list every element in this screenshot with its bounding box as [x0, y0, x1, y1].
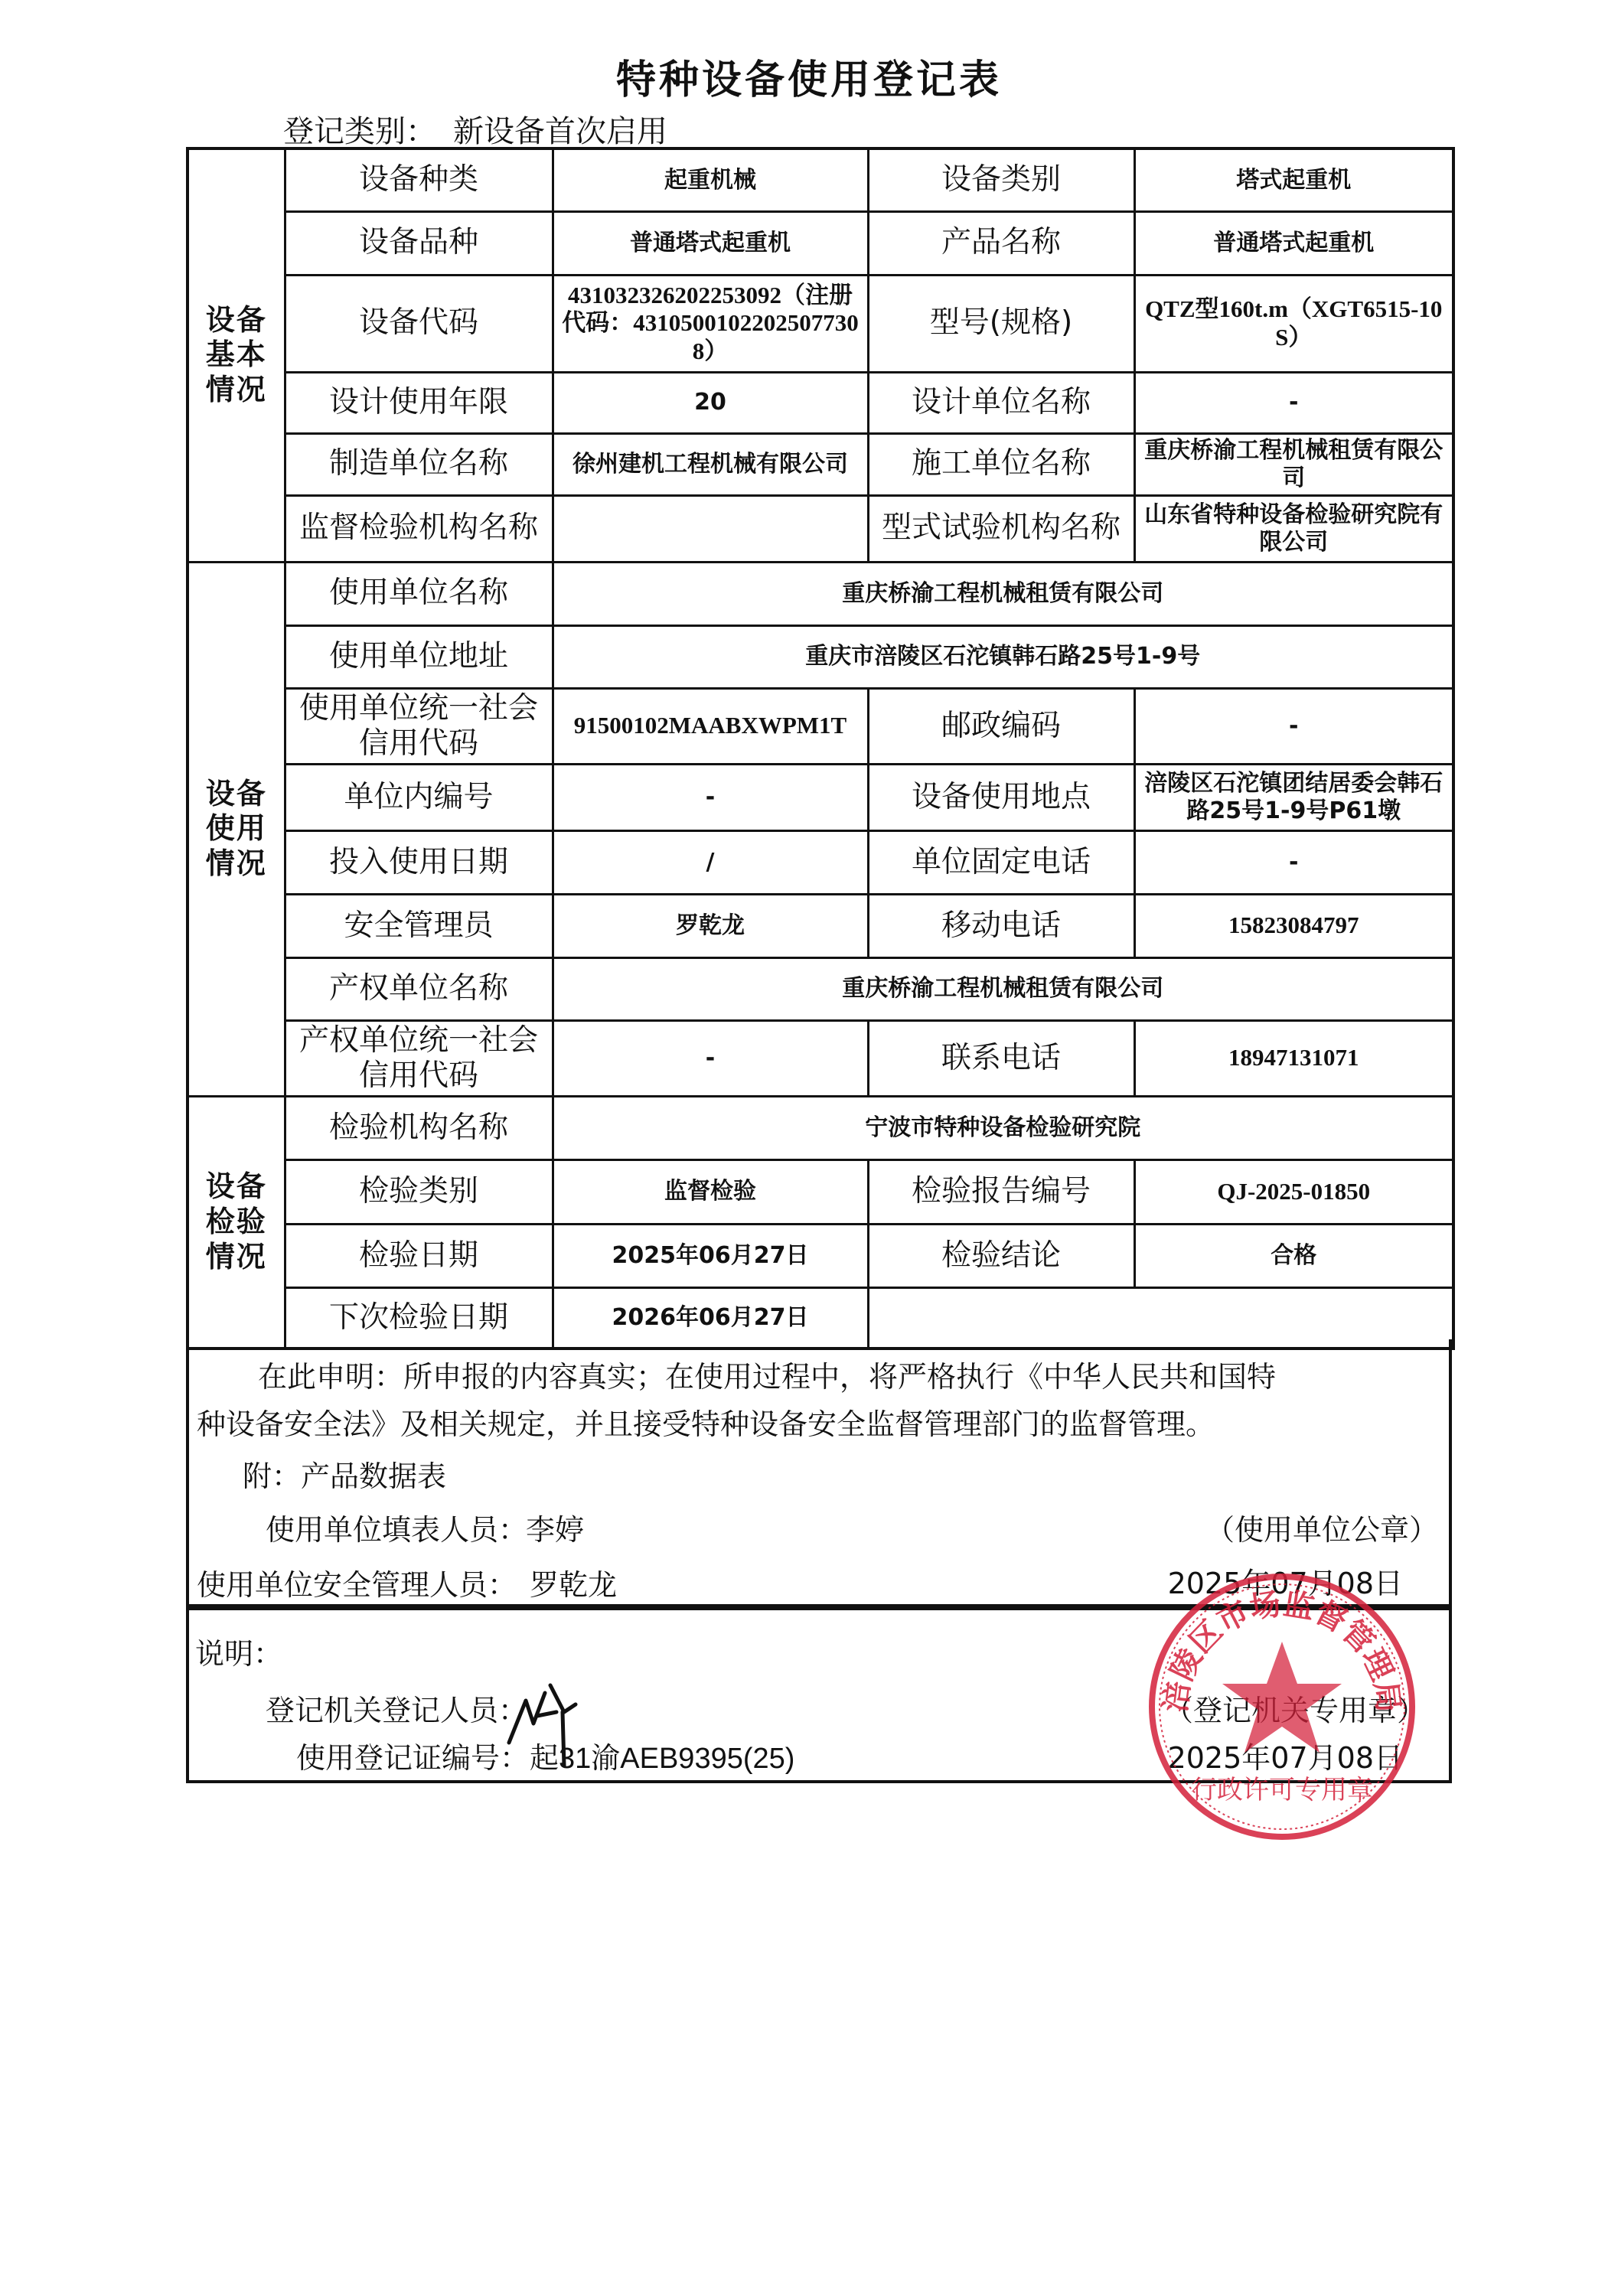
- field-label: 设备品种: [285, 211, 553, 275]
- manager-name: 罗乾龙: [530, 1561, 617, 1603]
- field-value: -: [1134, 830, 1453, 894]
- field-value: [553, 495, 868, 562]
- field-value: 监督检验: [553, 1159, 868, 1224]
- field-value: 重庆桥渝工程机械租赁有限公司: [553, 957, 1453, 1020]
- table-row: 单位内编号 - 设备使用地点 涪陵区石沱镇团结居委会韩石路25号1-9号P61墩: [188, 764, 1453, 830]
- field-label: 检验机构名称: [285, 1096, 553, 1159]
- field-value: -: [1134, 372, 1453, 433]
- field-value: /: [553, 830, 868, 894]
- field-label: 设备使用地点: [868, 764, 1134, 830]
- table-row: 设备检验情况 检验机构名称 宁波市特种设备检验研究院: [188, 1096, 1453, 1159]
- field-label: 使用单位地址: [285, 625, 553, 688]
- cert-number-value: 起31渝AEB9395(25): [530, 1734, 794, 1776]
- group-inspection: 设备检验情况: [188, 1096, 285, 1349]
- field-label: 移动电话: [868, 894, 1134, 957]
- field-label: 型号(规格): [868, 275, 1134, 372]
- attachment-note: 附：产品数据表: [243, 1453, 446, 1495]
- table-row: 产权单位统一社会信用代码 - 联系电话 18947131071: [188, 1020, 1453, 1096]
- notes-title: 说明：: [195, 1630, 282, 1672]
- notes-box: 说明： 登记机关登记人员： 使用登记证编号： 起31渝AEB9395(25) （…: [186, 1607, 1452, 1783]
- field-value: 宁波市特种设备检验研究院: [553, 1096, 1453, 1159]
- field-value: 山东省特种设备检验研究院有限公司: [1134, 495, 1453, 562]
- registration-date: 2025年07月08日: [1168, 1734, 1403, 1776]
- field-label: 使用单位名称: [285, 562, 553, 625]
- table-row: 设备使用情况 使用单位名称 重庆桥渝工程机械租赁有限公司: [188, 562, 1453, 625]
- table-row: 投入使用日期 / 单位固定电话 -: [188, 830, 1453, 894]
- field-label: 产权单位名称: [285, 957, 553, 1020]
- field-value: 18947131071: [1134, 1020, 1453, 1096]
- registration-category-label: 登记类别：: [283, 114, 436, 149]
- declaration-box: 在此申明：所申报的内容真实；在使用过程中，将严格执行《中华人民共和国特 种设备安…: [186, 1339, 1452, 1607]
- field-label: 产权单位统一社会信用代码: [285, 1020, 553, 1096]
- filler-name: 李婷: [526, 1506, 584, 1548]
- cert-number-label: 使用登记证编号：: [296, 1734, 529, 1776]
- field-value: -: [553, 1020, 868, 1096]
- registrar-label: 登记机关登记人员：: [266, 1687, 527, 1729]
- registration-seal-label: （登记机关专用章）: [1164, 1687, 1426, 1729]
- field-label: 制造单位名称: [285, 433, 553, 495]
- declaration-date: 2025年07月08日: [1168, 1560, 1403, 1602]
- field-value: -: [1134, 688, 1453, 764]
- field-label: 单位内编号: [285, 764, 553, 830]
- field-label: 使用单位统一社会信用代码: [285, 688, 553, 764]
- equipment-code-value: 431032326202253092（注册代码：4310500102202507…: [553, 275, 868, 372]
- field-label: 设备种类: [285, 148, 553, 211]
- group-basic: 设备基本情况: [188, 148, 285, 562]
- filler-label: 使用单位填表人员：: [266, 1506, 527, 1548]
- declaration-line1: 在此申明：所申报的内容真实；在使用过程中，将严格执行《中华人民共和国特: [258, 1353, 1276, 1395]
- field-label: 邮政编码: [868, 688, 1134, 764]
- field-value: 普通塔式起重机: [1134, 211, 1453, 275]
- group-usage: 设备使用情况: [188, 562, 285, 1096]
- field-label: 设备代码: [285, 275, 553, 372]
- field-label: 监督检验机构名称: [285, 495, 553, 562]
- field-value: 合格: [1134, 1224, 1453, 1287]
- field-label: 型式试验机构名称: [868, 495, 1134, 562]
- field-value: 涪陵区石沱镇团结居委会韩石路25号1-9号P61墩: [1134, 764, 1453, 830]
- table-row: 制造单位名称 徐州建机工程机械有限公司 施工单位名称 重庆桥渝工程机械租赁有限公…: [188, 433, 1453, 495]
- field-value: 重庆桥渝工程机械租赁有限公司: [1134, 433, 1453, 495]
- model-value: QTZ型160t.m（XGT6515-10S）: [1134, 275, 1453, 372]
- registration-category: 登记类别：新设备首次启用: [283, 107, 684, 151]
- field-label: 设备类别: [868, 148, 1134, 211]
- field-value: 徐州建机工程机械有限公司: [553, 433, 868, 495]
- field-value: 普通塔式起重机: [553, 211, 868, 275]
- registration-category-value: 新设备首次启用: [453, 114, 667, 149]
- table-row: 设备代码 431032326202253092（注册代码：43105001022…: [188, 275, 1453, 372]
- field-label: 检验结论: [868, 1224, 1134, 1287]
- field-value: 重庆桥渝工程机械租赁有限公司: [553, 562, 1453, 625]
- user-seal-note: （使用单位公章）: [1205, 1506, 1438, 1548]
- manager-label: 使用单位安全管理人员：: [197, 1561, 517, 1603]
- field-label: 单位固定电话: [868, 830, 1134, 894]
- field-label: 设计单位名称: [868, 372, 1134, 433]
- field-label: 检验报告编号: [868, 1159, 1134, 1224]
- field-value: QJ-2025-01850: [1134, 1159, 1453, 1224]
- field-label: 联系电话: [868, 1020, 1134, 1096]
- table-row: 使用单位地址 重庆市涪陵区石沱镇韩石路25号1-9号: [188, 625, 1453, 688]
- table-row: 监督检验机构名称 型式试验机构名称 山东省特种设备检验研究院有限公司: [188, 495, 1453, 562]
- field-value: 15823084797: [1134, 894, 1453, 957]
- field-value: 20: [553, 372, 868, 433]
- field-label: 产品名称: [868, 211, 1134, 275]
- registration-table: 设备基本情况 设备种类 起重机械 设备类别 塔式起重机 设备品种 普通塔式起重机…: [186, 147, 1455, 1350]
- field-label: 施工单位名称: [868, 433, 1134, 495]
- table-row: 使用单位统一社会信用代码 91500102MAABXWPM1T 邮政编码 -: [188, 688, 1453, 764]
- table-row: 安全管理员 罗乾龙 移动电话 15823084797: [188, 894, 1453, 957]
- field-value: 塔式起重机: [1134, 148, 1453, 211]
- document-title: 特种设备使用登记表: [0, 47, 1618, 105]
- table-row: 设备品种 普通塔式起重机 产品名称 普通塔式起重机: [188, 211, 1453, 275]
- field-value: 起重机械: [553, 148, 868, 211]
- field-label: 设计使用年限: [285, 372, 553, 433]
- field-value: 重庆市涪陵区石沱镇韩石路25号1-9号: [553, 625, 1453, 688]
- declaration-line2: 种设备安全法》及相关规定，并且接受特种设备安全监督管理部门的监督管理。: [197, 1401, 1215, 1443]
- table-row: 检验日期 2025年06月27日 检验结论 合格: [188, 1224, 1453, 1287]
- field-label: 投入使用日期: [285, 830, 553, 894]
- field-label: 安全管理员: [285, 894, 553, 957]
- table-row: 检验类别 监督检验 检验报告编号 QJ-2025-01850: [188, 1159, 1453, 1224]
- field-label: 检验日期: [285, 1224, 553, 1287]
- field-label: 检验类别: [285, 1159, 553, 1224]
- field-value: 91500102MAABXWPM1T: [553, 688, 868, 764]
- table-row: 设备基本情况 设备种类 起重机械 设备类别 塔式起重机: [188, 148, 1453, 211]
- table-row: 设计使用年限 20 设计单位名称 -: [188, 372, 1453, 433]
- field-value: 罗乾龙: [553, 894, 868, 957]
- field-value: 2025年06月27日: [553, 1224, 868, 1287]
- field-value: -: [553, 764, 868, 830]
- table-row: 产权单位名称 重庆桥渝工程机械租赁有限公司: [188, 957, 1453, 1020]
